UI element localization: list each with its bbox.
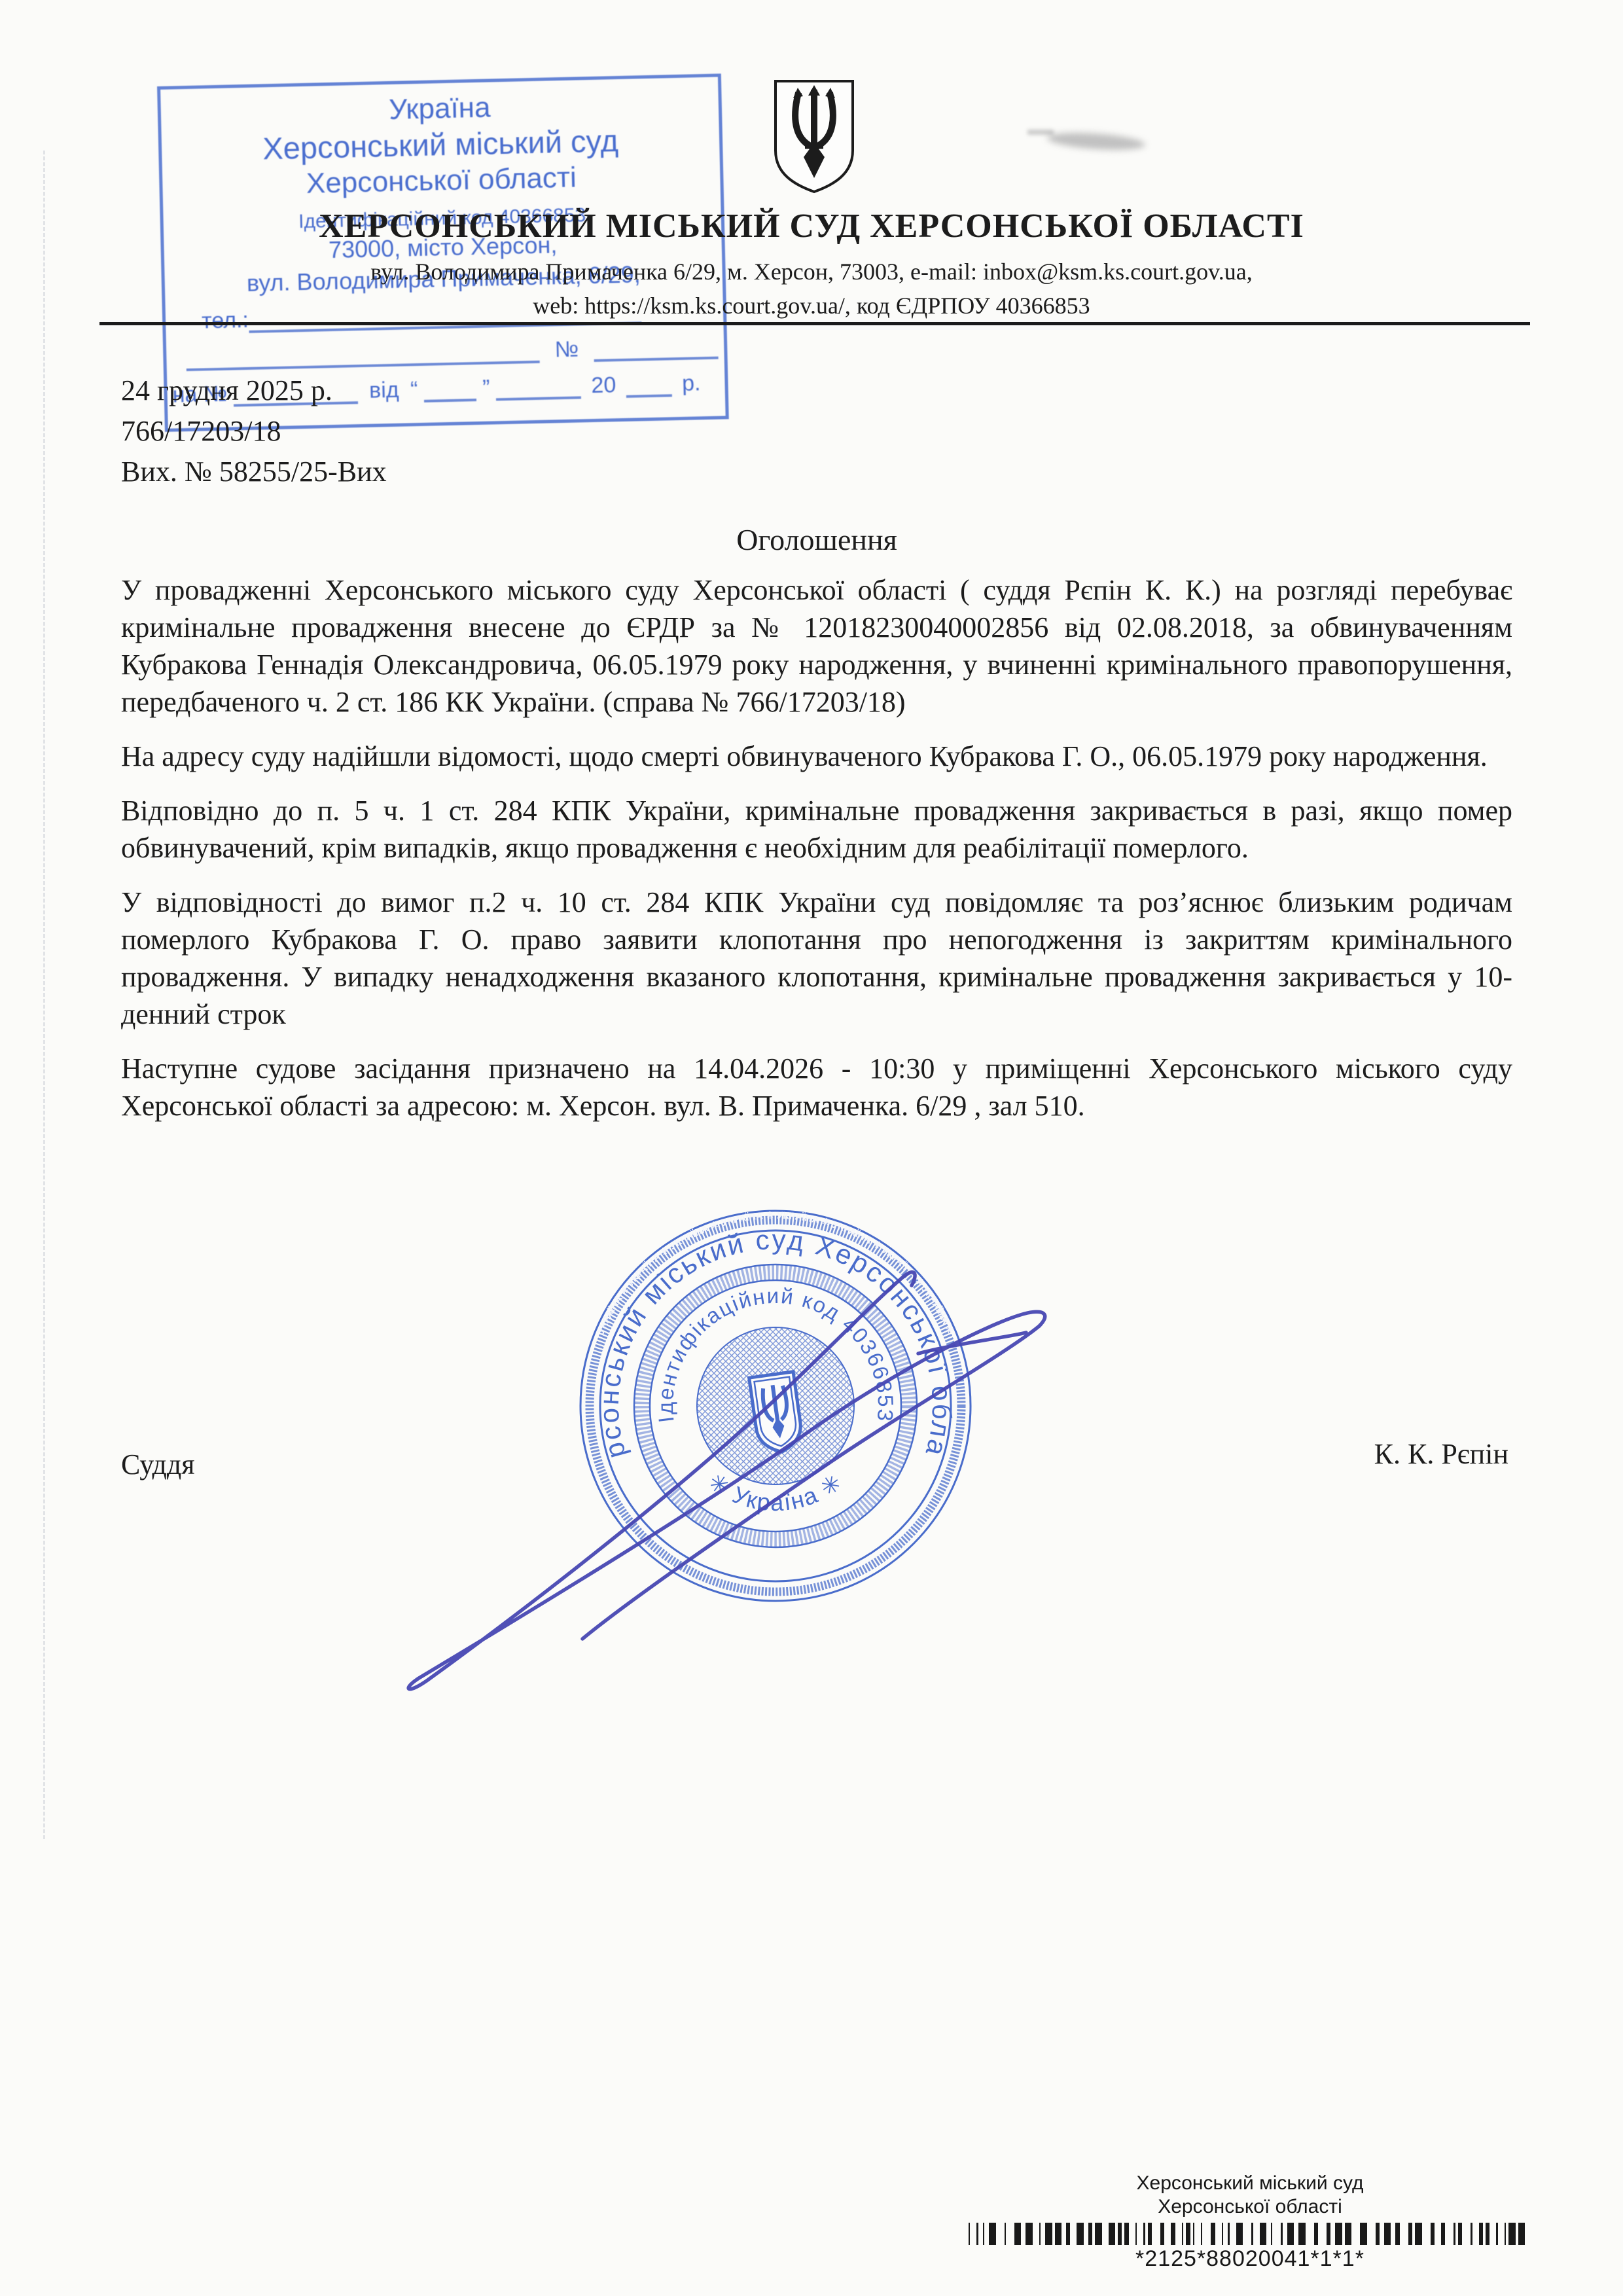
document-title: Оголошення [121, 522, 1512, 557]
round-seal: УКРАЇНА ✳ УКРАЇНА ✳ УКРАЇНА ✳ УКРАЇНА ✳ … [366, 1196, 971, 1601]
footer-court-line2: Херсонської області [969, 2195, 1531, 2219]
stamp-number-row: № [166, 333, 744, 372]
document-date: 24 грудня 2025 р. [121, 370, 387, 411]
court-web-code: web: https://ksm.ks.court.gov.ua/, код Є… [0, 292, 1623, 319]
scan-smudge [1046, 130, 1145, 152]
paragraph-proceeding: У провадженні Херсонського міського суду… [121, 571, 1512, 721]
scanned-court-document: Україна Херсонський міський суд Херсонсь… [0, 0, 1623, 2296]
paper-fold-artifact [43, 151, 45, 1839]
paragraph-death-notice: На адресу суду надійшли відомості, щодо … [121, 738, 1512, 775]
scan-smudge-small [1027, 130, 1054, 135]
judge-role-label: Суддя [121, 1448, 195, 1481]
document-meta: 24 грудня 2025 р. 766/17203/18 Вих. № 58… [121, 370, 387, 492]
header-separator-line [99, 322, 1530, 325]
judge-name: К. К. Рєпін [1374, 1437, 1508, 1471]
footer-court-line1: Херсонський міський суд [969, 2172, 1531, 2195]
barcode-value: *2125*88020041*1*1* [969, 2246, 1531, 2272]
outgoing-number: Вих. № 58255/25-Вих [121, 452, 387, 492]
document-body: Оголошення У провадженні Херсонського мі… [121, 522, 1512, 1141]
case-number: 766/17203/18 [121, 411, 387, 452]
footer-barcode-block: Херсонський міський суд Херсонської обла… [969, 2172, 1531, 2272]
barcode [969, 2223, 1531, 2245]
ukraine-trident-emblem [771, 77, 857, 196]
paragraph-next-hearing: Наступне судове засідання призначено на … [121, 1050, 1512, 1124]
court-address: вул. Володимира Примаченка 6/29, м. Херс… [0, 258, 1623, 285]
court-seal-and-signature: УКРАЇНА ✳ УКРАЇНА ✳ УКРАЇНА ✳ УКРАЇНА ✳ … [366, 1196, 1099, 1727]
court-name-header: ХЕРСОНСЬКИЙ МІСЬКИЙ СУД ХЕРСОНСЬКОЇ ОБЛА… [0, 207, 1623, 245]
paragraph-law-284-p5: Відповідно до п. 5 ч. 1 ст. 284 КПК Укра… [121, 792, 1512, 867]
paragraph-law-284-p2: У відповідності до вимог п.2 ч. 10 ст. 2… [121, 884, 1512, 1033]
